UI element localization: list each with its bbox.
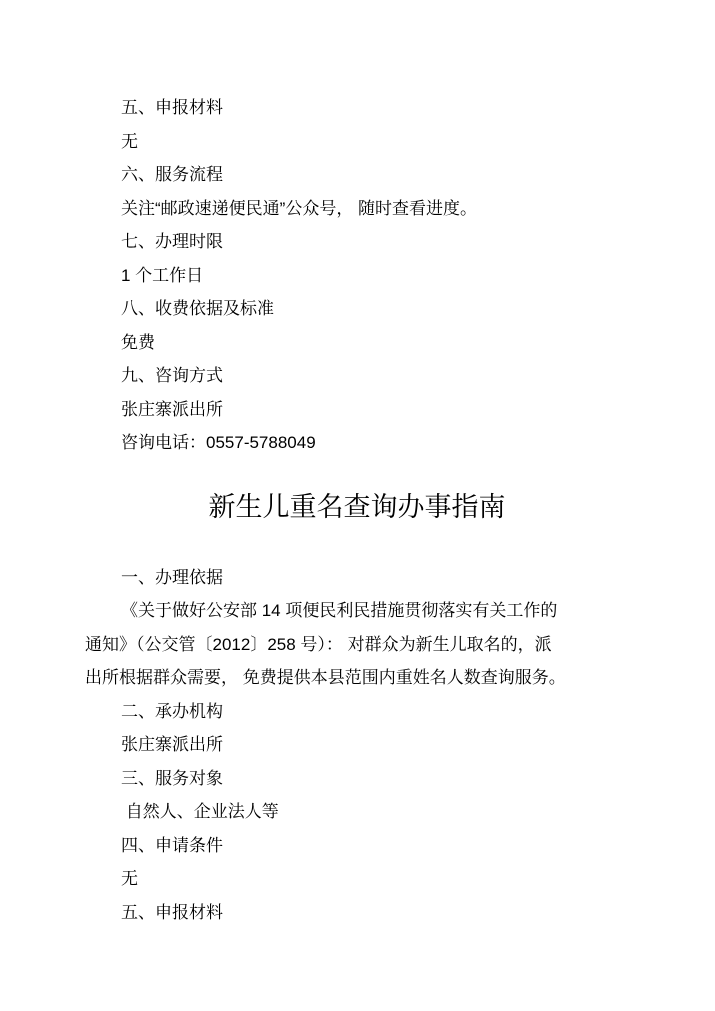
section-text: 1 个工作日 bbox=[85, 259, 629, 293]
section-text: 无 bbox=[85, 125, 629, 159]
page-title: 新生儿重名查询办事指南 bbox=[85, 487, 629, 527]
phone-line: 咨询电话：0557-5788049 bbox=[85, 426, 629, 460]
section-heading: 八、收费依据及标准 bbox=[85, 292, 629, 326]
document-page: 五、申报材料 无 六、服务流程 关注“邮政速递便民通”公众号， 随时查看进度。 … bbox=[0, 0, 715, 1011]
newborn-name-guide-section: 一、办理依据 《关于做好公安部 14 项便民利民措施贯彻落实有关工作的 通知》（… bbox=[85, 561, 629, 930]
paragraph-line: 出所根据群众需要， 免费提供本县范围内重姓名人数查询服务。 bbox=[85, 661, 629, 695]
section-heading: 五、申报材料 bbox=[85, 91, 629, 125]
section-heading: 五、申报材料 bbox=[85, 896, 629, 930]
section-heading: 二、承办机构 bbox=[85, 695, 629, 729]
paragraph-line: 《关于做好公安部 14 项便民利民措施贯彻落实有关工作的 bbox=[85, 594, 629, 628]
section-heading: 六、服务流程 bbox=[85, 158, 629, 192]
section-heading: 四、申请条件 bbox=[85, 829, 629, 863]
section-text: 关注“邮政速递便民通”公众号， 随时查看进度。 bbox=[85, 192, 629, 226]
section-text: 张庄寨派出所 bbox=[85, 393, 629, 427]
paragraph-line: 通知》（公交管〔2012〕258 号）： 对群众为新生儿取名的，派 bbox=[85, 628, 629, 662]
section-text: 无 bbox=[85, 862, 629, 896]
section-text: 自然人、企业法人等 bbox=[85, 795, 629, 829]
section-heading: 三、服务对象 bbox=[85, 762, 629, 796]
section-text: 免费 bbox=[85, 326, 629, 360]
section-heading: 七、办理时限 bbox=[85, 225, 629, 259]
section-heading: 九、咨询方式 bbox=[85, 359, 629, 393]
section-heading: 一、办理依据 bbox=[85, 561, 629, 595]
section-text: 张庄寨派出所 bbox=[85, 728, 629, 762]
previous-guide-tail-section: 五、申报材料 无 六、服务流程 关注“邮政速递便民通”公众号， 随时查看进度。 … bbox=[85, 91, 629, 460]
